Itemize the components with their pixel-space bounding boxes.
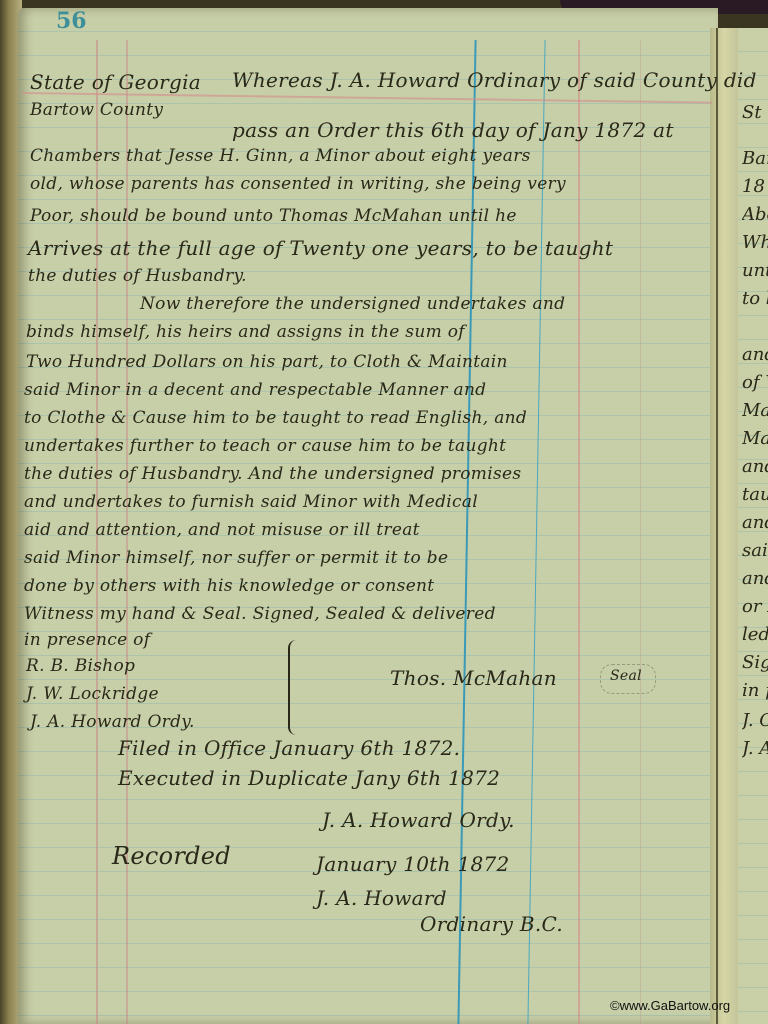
facing-page-text: and (742, 344, 768, 365)
body-line: done by others with his knowledge or con… (24, 576, 434, 596)
state-heading: State of Georgia (30, 70, 201, 94)
body-line: Arrives at the full age of Twenty one ye… (28, 236, 613, 260)
body-line: binds himself, his heirs and assigns in … (26, 322, 465, 342)
witness-bracket (288, 640, 306, 735)
seal-label: Seal (610, 668, 642, 684)
facing-page-text: to be (742, 288, 768, 309)
body-line: undertakes further to teach or cause him… (24, 436, 506, 456)
recorded-label: Recorded (112, 842, 231, 870)
body-line: in presence of (24, 630, 150, 650)
facing-page-text: Man (742, 428, 768, 449)
facing-page-text: taugh (742, 484, 768, 505)
body-line: Whereas J. A. Howard Ordinary of said Co… (232, 68, 757, 92)
body-line: said Minor in a decent and respectable M… (24, 380, 486, 400)
body-line: Poor, should be bound unto Thomas McMaha… (30, 206, 517, 226)
executed-note: Executed in Duplicate Jany 6th 1872 (118, 766, 500, 790)
signature: Thos. McMahan (390, 666, 557, 690)
facing-page-text: in pre (742, 680, 768, 701)
body-line: aid and attention, and not misuse or ill… (24, 520, 420, 540)
recorded-by: J. A. Howard (316, 886, 447, 910)
body-line: Now therefore the undersigned undertakes… (140, 294, 565, 314)
column-rule-red (640, 40, 641, 1024)
body-line: said Minor himself, nor suffer or permit… (24, 548, 448, 568)
county-heading: Bartow County (30, 100, 163, 120)
body-line: and undertakes to furnish said Minor wit… (24, 492, 478, 512)
body-line: pass an Order this 6th day of Jany 1872 … (232, 118, 674, 142)
copyright-watermark: ©www.GaBartow.org (610, 998, 730, 1013)
facing-page-text: Man (742, 400, 768, 421)
facing-page-text: of W (742, 372, 768, 393)
filed-by: J. A. Howard Ordy. (322, 808, 515, 832)
facing-page-text: unt (742, 260, 768, 281)
facing-page-text: St (742, 102, 768, 123)
facing-page-text: Who (742, 232, 768, 253)
facing-page-text: 18 (742, 176, 768, 197)
page-number: 56 (56, 8, 87, 34)
facing-page-text: said (742, 540, 768, 561)
facing-page-text: and (742, 512, 768, 533)
body-line: old, whose parents has consented in writ… (30, 174, 566, 194)
filed-note: Filed in Office January 6th 1872. (118, 736, 460, 760)
facing-page-text: Signed (742, 652, 768, 673)
facing-page-text: or Pe (742, 596, 768, 617)
body-line: the duties of Husbandry. And the undersi… (24, 464, 521, 484)
facing-page-text: Bar (742, 148, 768, 169)
facing-page-text: and (742, 568, 768, 589)
facing-page-text: ledge (742, 624, 768, 645)
witness-name: J. W. Lockridge (26, 684, 159, 704)
body-line: Chambers that Jesse H. Ginn, a Minor abo… (30, 146, 531, 166)
facing-page-text: J. C. (742, 710, 768, 731)
body-line: the duties of Husbandry. (28, 266, 247, 286)
body-line: to Clothe & Cause him to be taught to re… (24, 408, 527, 428)
facing-page-text: J. A. (742, 738, 768, 759)
witness-name: R. B. Bishop (26, 656, 135, 676)
recorded-title: Ordinary B.C. (420, 912, 563, 936)
body-line: Witness my hand & Seal. Signed, Sealed &… (24, 604, 496, 624)
body-line: Two Hundred Dollars on his part, to Clot… (26, 352, 508, 372)
book-gutter (710, 28, 738, 1024)
recorded-date: January 10th 1872 (316, 852, 510, 876)
facing-page-text: and (742, 456, 768, 477)
facing-page-text: Abo (742, 204, 768, 225)
gutter-crease (716, 28, 718, 1024)
witness-name: J. A. Howard Ordy. (30, 712, 195, 732)
column-rule-red (578, 40, 580, 1024)
